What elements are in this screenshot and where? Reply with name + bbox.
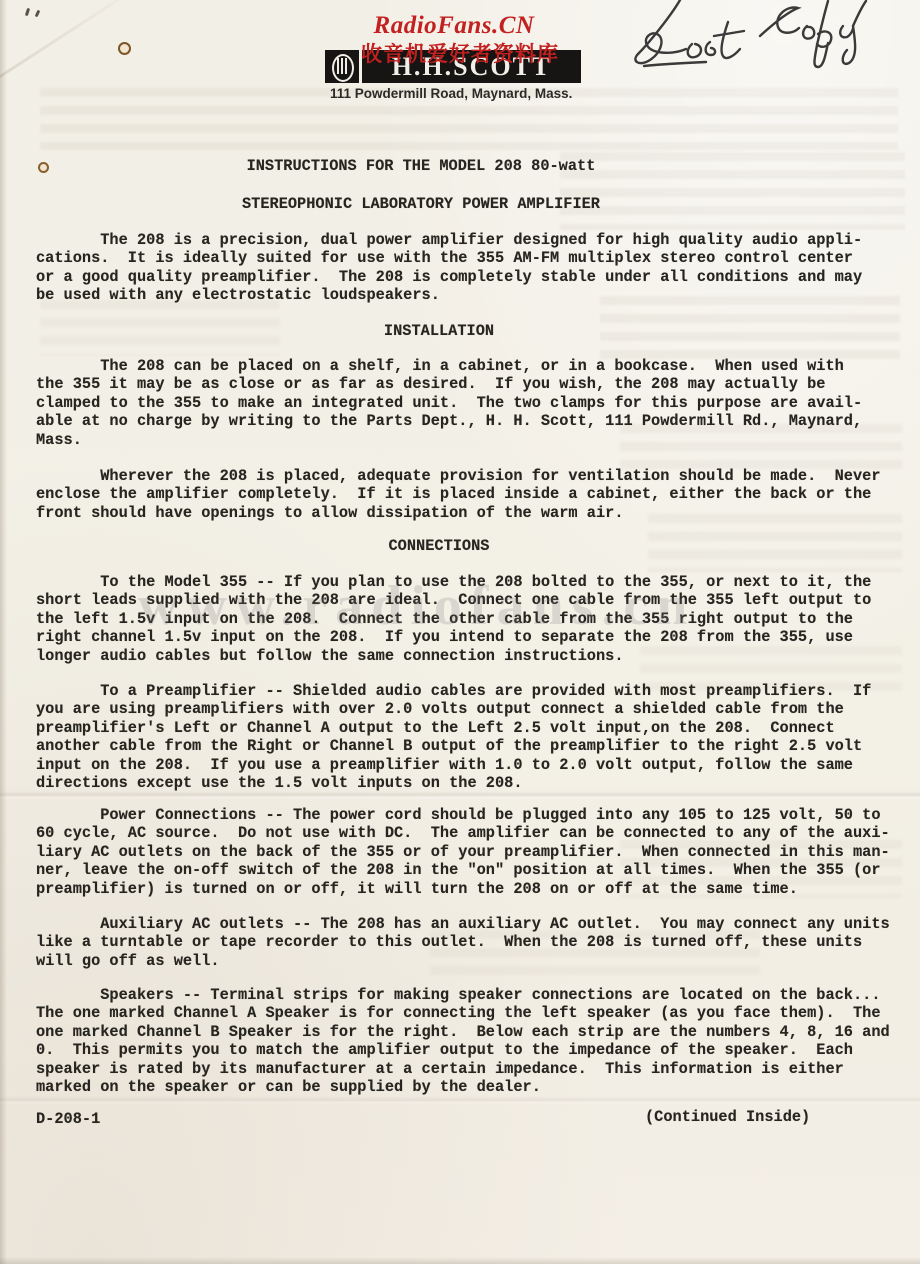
- connections-paragraph-5: Speakers -- Terminal strips for making s…: [36, 986, 898, 1096]
- scan-edge: [0, 0, 7, 1264]
- connections-paragraph-3: Power Connections -- The power cord shou…: [36, 806, 898, 898]
- paper-crease: [0, 1096, 920, 1105]
- company-address: 111 Powdermill Road, Maynard, Mass.: [330, 86, 590, 101]
- scan-edge: [0, 1257, 920, 1264]
- connections-heading: CONNECTIONS: [8, 537, 870, 555]
- connections-paragraph-1: To the Model 355 -- If you plan to use t…: [36, 573, 898, 665]
- doc-title-line2: STEREOPHONIC LABORATORY POWER AMPLIFIER: [0, 195, 852, 213]
- connections-paragraph-4: Auxiliary AC outlets -- The 208 has an a…: [36, 915, 898, 970]
- doc-title-line1: INSTRUCTIONS FOR THE MODEL 208 80-watt: [0, 157, 852, 175]
- installation-paragraph-2: Wherever the 208 is placed, adequate pro…: [36, 467, 898, 522]
- doc-number: D-208-1: [36, 1110, 100, 1128]
- connections-paragraph-2: To a Preamplifier -- Shielded audio cabl…: [36, 682, 898, 792]
- intro-paragraph: The 208 is a precision, dual power ampli…: [36, 231, 898, 305]
- installation-heading: INSTALLATION: [8, 322, 870, 340]
- handwritten-note: Lost Copy: [610, 0, 900, 74]
- continued-note: (Continued Inside): [645, 1108, 810, 1126]
- installation-paragraph-1: The 208 can be placed on a shelf, in a c…: [36, 357, 898, 449]
- scanned-page: RadioFans.CN 收音机爱好者资料库 Lost Copy: [0, 0, 920, 1264]
